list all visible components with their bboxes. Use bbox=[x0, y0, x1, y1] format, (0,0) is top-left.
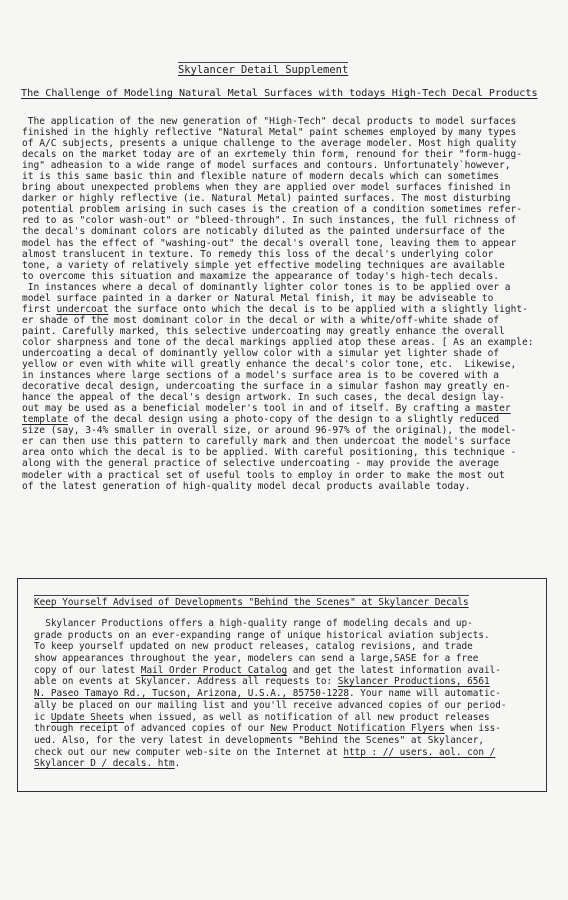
text-run: ing" adheasion to a wide range of model … bbox=[22, 160, 511, 171]
text-run: check out our new computer web-site on t… bbox=[34, 747, 343, 758]
text-line: paint. Carefully marked, this selective … bbox=[22, 326, 567, 337]
text-run: decals on the market today are of an exr… bbox=[22, 149, 522, 160]
text-line: tone, a variety of relatively simple yet… bbox=[22, 260, 567, 271]
text-run: darker or highly reflective (ie. Natural… bbox=[22, 193, 511, 204]
text-line: almost translucent in texture. To remedy… bbox=[22, 249, 567, 260]
text-line: out may be used as a beneficial modeler'… bbox=[22, 403, 567, 414]
text-line: model has the effect of "washing-out" th… bbox=[22, 238, 567, 249]
text-run: model has the effect of "washing-out" th… bbox=[22, 238, 516, 249]
text-line: of the latest generation of high-quality… bbox=[22, 481, 567, 492]
text-run: potential problem arising in such cases … bbox=[22, 204, 522, 215]
text-run: er shade of the most dominant color in t… bbox=[22, 315, 499, 326]
text-line: through receipt of advanced copies of ou… bbox=[34, 723, 544, 735]
text-run: of the latest generation of high-quality… bbox=[22, 481, 470, 492]
article-body: The application of the new generation of… bbox=[22, 116, 567, 492]
text-run: modeler with a practical set of useful t… bbox=[22, 470, 505, 481]
text-run: . Your name will automatic- bbox=[349, 688, 501, 699]
info-box-heading: Keep Yourself Advised of Developments "B… bbox=[34, 597, 469, 608]
text-run: when iss- bbox=[445, 723, 501, 734]
text-line: potential problem arising in such cases … bbox=[22, 204, 567, 215]
text-run: red to as "color wash-out" or "bleed-thr… bbox=[22, 215, 516, 226]
text-line: color sharpness and tone of the decal ma… bbox=[22, 337, 567, 348]
text-run: paint. Carefully marked, this selective … bbox=[22, 326, 505, 337]
text-line: show appearances throughout the year, mo… bbox=[34, 653, 544, 665]
text-line: to overcome this situation and maxamize … bbox=[22, 271, 567, 282]
text-line: first undercoat the surface onto which t… bbox=[22, 304, 567, 315]
text-run: to overcome this situation and maxamize … bbox=[22, 271, 499, 282]
underlined-phrase: N. Paseo Tamayo Rd., Tucson, Arizona, U.… bbox=[34, 688, 349, 699]
text-line: In instances where a decal of dominantly… bbox=[22, 282, 567, 293]
text-run: in instances where large sections of a m… bbox=[22, 370, 499, 381]
underlined-phrase: Mail Order Product Catalog bbox=[141, 665, 287, 676]
text-run: size (say, 3-4% smaller in overall size,… bbox=[22, 425, 516, 436]
text-run: The application of the new generation of… bbox=[22, 116, 516, 127]
text-run: ally be placed on our mailing list and y… bbox=[34, 700, 507, 711]
text-run: Skylancer Productions offers a high-qual… bbox=[34, 618, 473, 629]
document-subtitle: The Challenge of Modeling Natural Metal … bbox=[21, 88, 538, 99]
text-run: the decal's dominant colors are noticabl… bbox=[22, 226, 505, 237]
text-line: N. Paseo Tamayo Rd., Tucson, Arizona, U.… bbox=[34, 688, 544, 700]
text-line: grade products on an ever-expanding rang… bbox=[34, 630, 544, 642]
text-run: when issued, as well as notification of … bbox=[124, 712, 490, 723]
document-page: Skylancer Detail Supplement The Challeng… bbox=[0, 0, 568, 900]
text-line: copy of our latest Mail Order Product Ca… bbox=[34, 665, 544, 677]
text-line: ic Update Sheets when issued, as well as… bbox=[34, 712, 544, 724]
underlined-phrase: Skylancer D / decals. htm bbox=[34, 758, 175, 769]
text-line: of A/C subjects, presents a unique chall… bbox=[22, 138, 567, 149]
text-line: decorative decal design, undercoating th… bbox=[22, 381, 567, 392]
text-run: hance the appeal of the decal's design a… bbox=[22, 392, 505, 403]
text-line: red to as "color wash-out" or "bleed-thr… bbox=[22, 215, 567, 226]
text-line: modeler with a practical set of useful t… bbox=[22, 470, 567, 481]
text-run: along with the general practice of selec… bbox=[22, 458, 499, 469]
text-line: finished in the highly reflective "Natur… bbox=[22, 127, 567, 138]
text-run: of the decal design using a photo-copy o… bbox=[68, 414, 499, 425]
text-run: decorative decal design, undercoating th… bbox=[22, 381, 511, 392]
text-run: model surface painted in a darker or Nat… bbox=[22, 293, 493, 304]
text-run: bring about unexpected problems when the… bbox=[22, 182, 511, 193]
underlined-phrase: master bbox=[476, 403, 511, 414]
text-run: almost translucent in texture. To remedy… bbox=[22, 249, 493, 260]
text-line: model surface painted in a darker or Nat… bbox=[22, 293, 567, 304]
underlined-phrase: Update Sheets bbox=[51, 712, 124, 723]
text-line: er shade of the most dominant color in t… bbox=[22, 315, 567, 326]
text-run: yellow or even with white will greatly e… bbox=[22, 359, 516, 370]
text-line: in instances where large sections of a m… bbox=[22, 370, 567, 381]
text-run: out may be used as a beneficial modeler'… bbox=[22, 403, 476, 414]
text-run: first bbox=[22, 304, 57, 315]
text-run: grade products on an ever-expanding rang… bbox=[34, 630, 490, 641]
text-line: size (say, 3-4% smaller in overall size,… bbox=[22, 425, 567, 436]
text-line: along with the general practice of selec… bbox=[22, 458, 567, 469]
text-line: yellow or even with white will greatly e… bbox=[22, 359, 567, 370]
text-line: undercoating a decal of dominantly yello… bbox=[22, 348, 567, 359]
document-title: Skylancer Detail Supplement bbox=[178, 64, 348, 76]
text-line: darker or highly reflective (ie. Natural… bbox=[22, 193, 567, 204]
text-run: and get the latest information avail- bbox=[287, 665, 501, 676]
text-run: . bbox=[175, 758, 181, 769]
text-run: area onto which the decal is to be appli… bbox=[22, 447, 516, 458]
text-run: able on events at Skylancer. Address all… bbox=[34, 676, 338, 687]
text-run: copy of our latest bbox=[34, 665, 141, 676]
text-line: ally be placed on our mailing list and y… bbox=[34, 700, 544, 712]
text-run: To keep yourself updated on new product … bbox=[34, 641, 473, 652]
text-line: To keep yourself updated on new product … bbox=[34, 641, 544, 653]
text-line: hance the appeal of the decal's design a… bbox=[22, 392, 567, 403]
text-line: able on events at Skylancer. Address all… bbox=[34, 676, 544, 688]
text-line: er can then use this pattern to carefull… bbox=[22, 436, 567, 447]
underlined-phrase: New Product Notification Flyers bbox=[270, 723, 444, 734]
text-line: the decal's dominant colors are noticabl… bbox=[22, 226, 567, 237]
text-line: bring about unexpected problems when the… bbox=[22, 182, 567, 193]
text-run: the surface onto which the decal is to b… bbox=[108, 304, 528, 315]
text-run: In instances where a decal of dominantly… bbox=[22, 282, 511, 293]
text-line: it is this same basic thin and flexible … bbox=[22, 171, 567, 182]
underlined-phrase: template bbox=[22, 414, 68, 425]
text-run: show appearances throughout the year, mo… bbox=[34, 653, 478, 664]
text-run: color sharpness and tone of the decal ma… bbox=[22, 337, 534, 348]
text-line: The application of the new generation of… bbox=[22, 116, 567, 127]
text-line: template of the decal design using a pho… bbox=[22, 414, 567, 425]
text-run: ued. Also, for the very latest in develo… bbox=[34, 735, 484, 746]
text-run: finished in the highly reflective "Natur… bbox=[22, 127, 516, 138]
text-line: Skylancer Productions offers a high-qual… bbox=[34, 618, 544, 630]
info-box-body: Skylancer Productions offers a high-qual… bbox=[34, 618, 544, 770]
text-run: it is this same basic thin and flexible … bbox=[22, 171, 499, 182]
text-run: er can then use this pattern to carefull… bbox=[22, 436, 511, 447]
underlined-phrase: http : // users. aol. con / bbox=[343, 747, 495, 758]
text-line: check out our new computer web-site on t… bbox=[34, 747, 544, 759]
text-run: through receipt of advanced copies of ou… bbox=[34, 723, 270, 734]
text-line: ued. Also, for the very latest in develo… bbox=[34, 735, 544, 747]
text-run: of A/C subjects, presents a unique chall… bbox=[22, 138, 516, 149]
text-line: decals on the market today are of an exr… bbox=[22, 149, 567, 160]
text-line: Skylancer D / decals. htm. bbox=[34, 758, 544, 770]
text-line: ing" adheasion to a wide range of model … bbox=[22, 160, 567, 171]
underlined-phrase: Skylancer Productions, 6561 bbox=[338, 676, 490, 687]
text-run: undercoating a decal of dominantly yello… bbox=[22, 348, 499, 359]
text-line: area onto which the decal is to be appli… bbox=[22, 447, 567, 458]
text-run: ic bbox=[34, 712, 51, 723]
underlined-phrase: undercoat bbox=[57, 304, 109, 315]
text-run: tone, a variety of relatively simple yet… bbox=[22, 260, 505, 271]
